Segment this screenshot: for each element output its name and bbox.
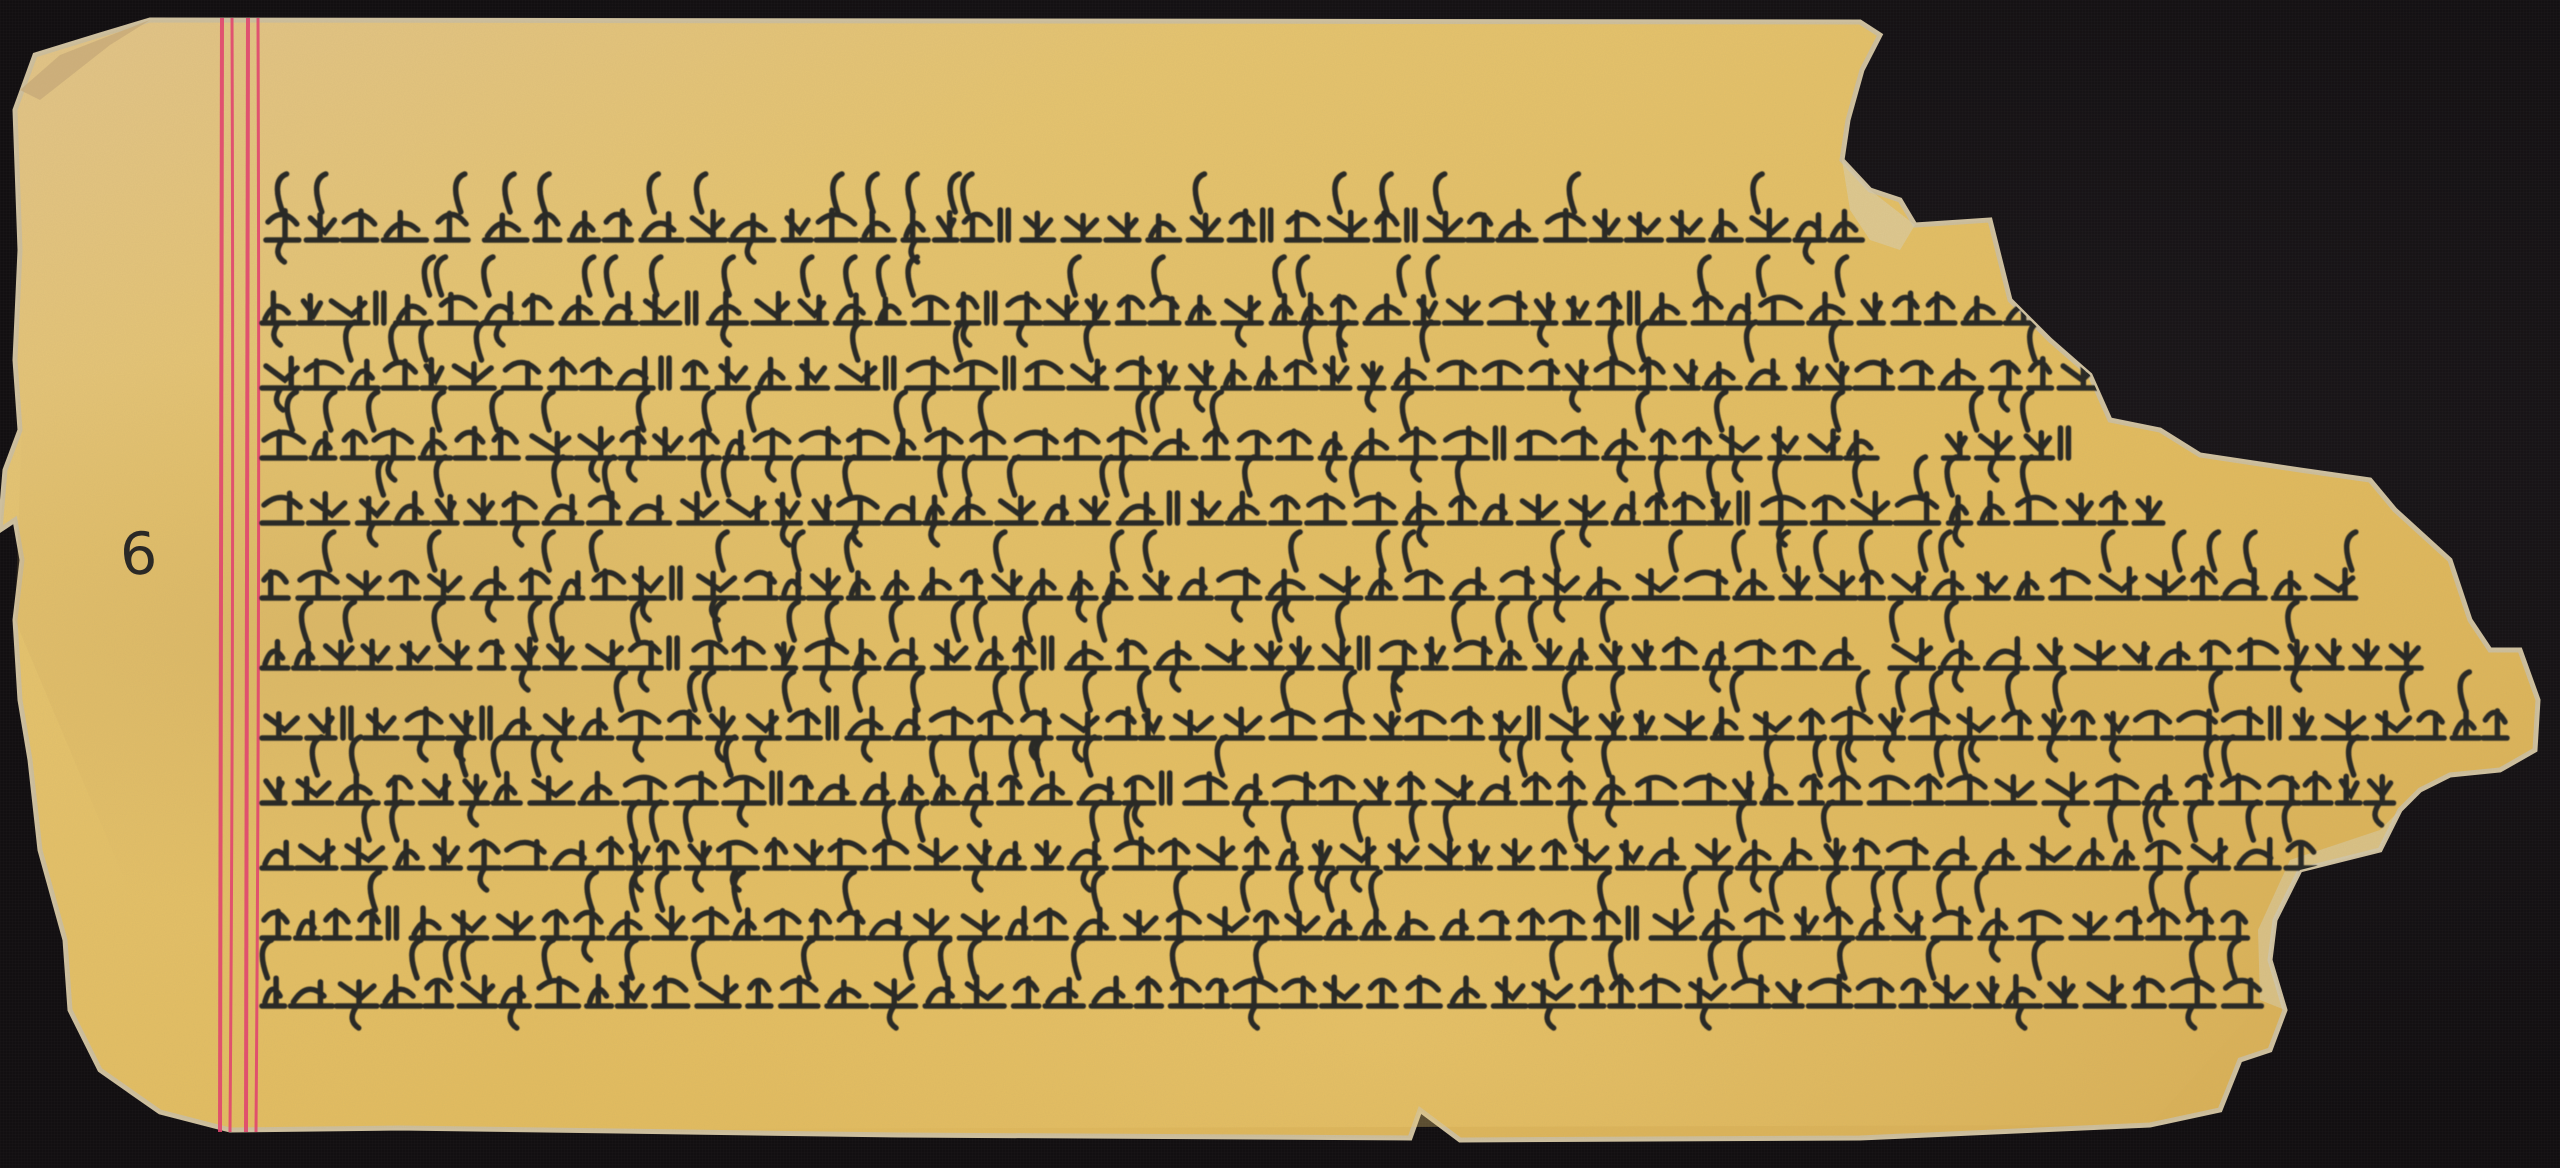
folio-number: 6 [118,519,160,589]
margin-rule-line [246,18,248,1132]
manuscript-leaf [0,0,2560,1168]
margin-rule-line [220,18,222,1132]
manuscript-photo: 6 [0,0,2560,1168]
